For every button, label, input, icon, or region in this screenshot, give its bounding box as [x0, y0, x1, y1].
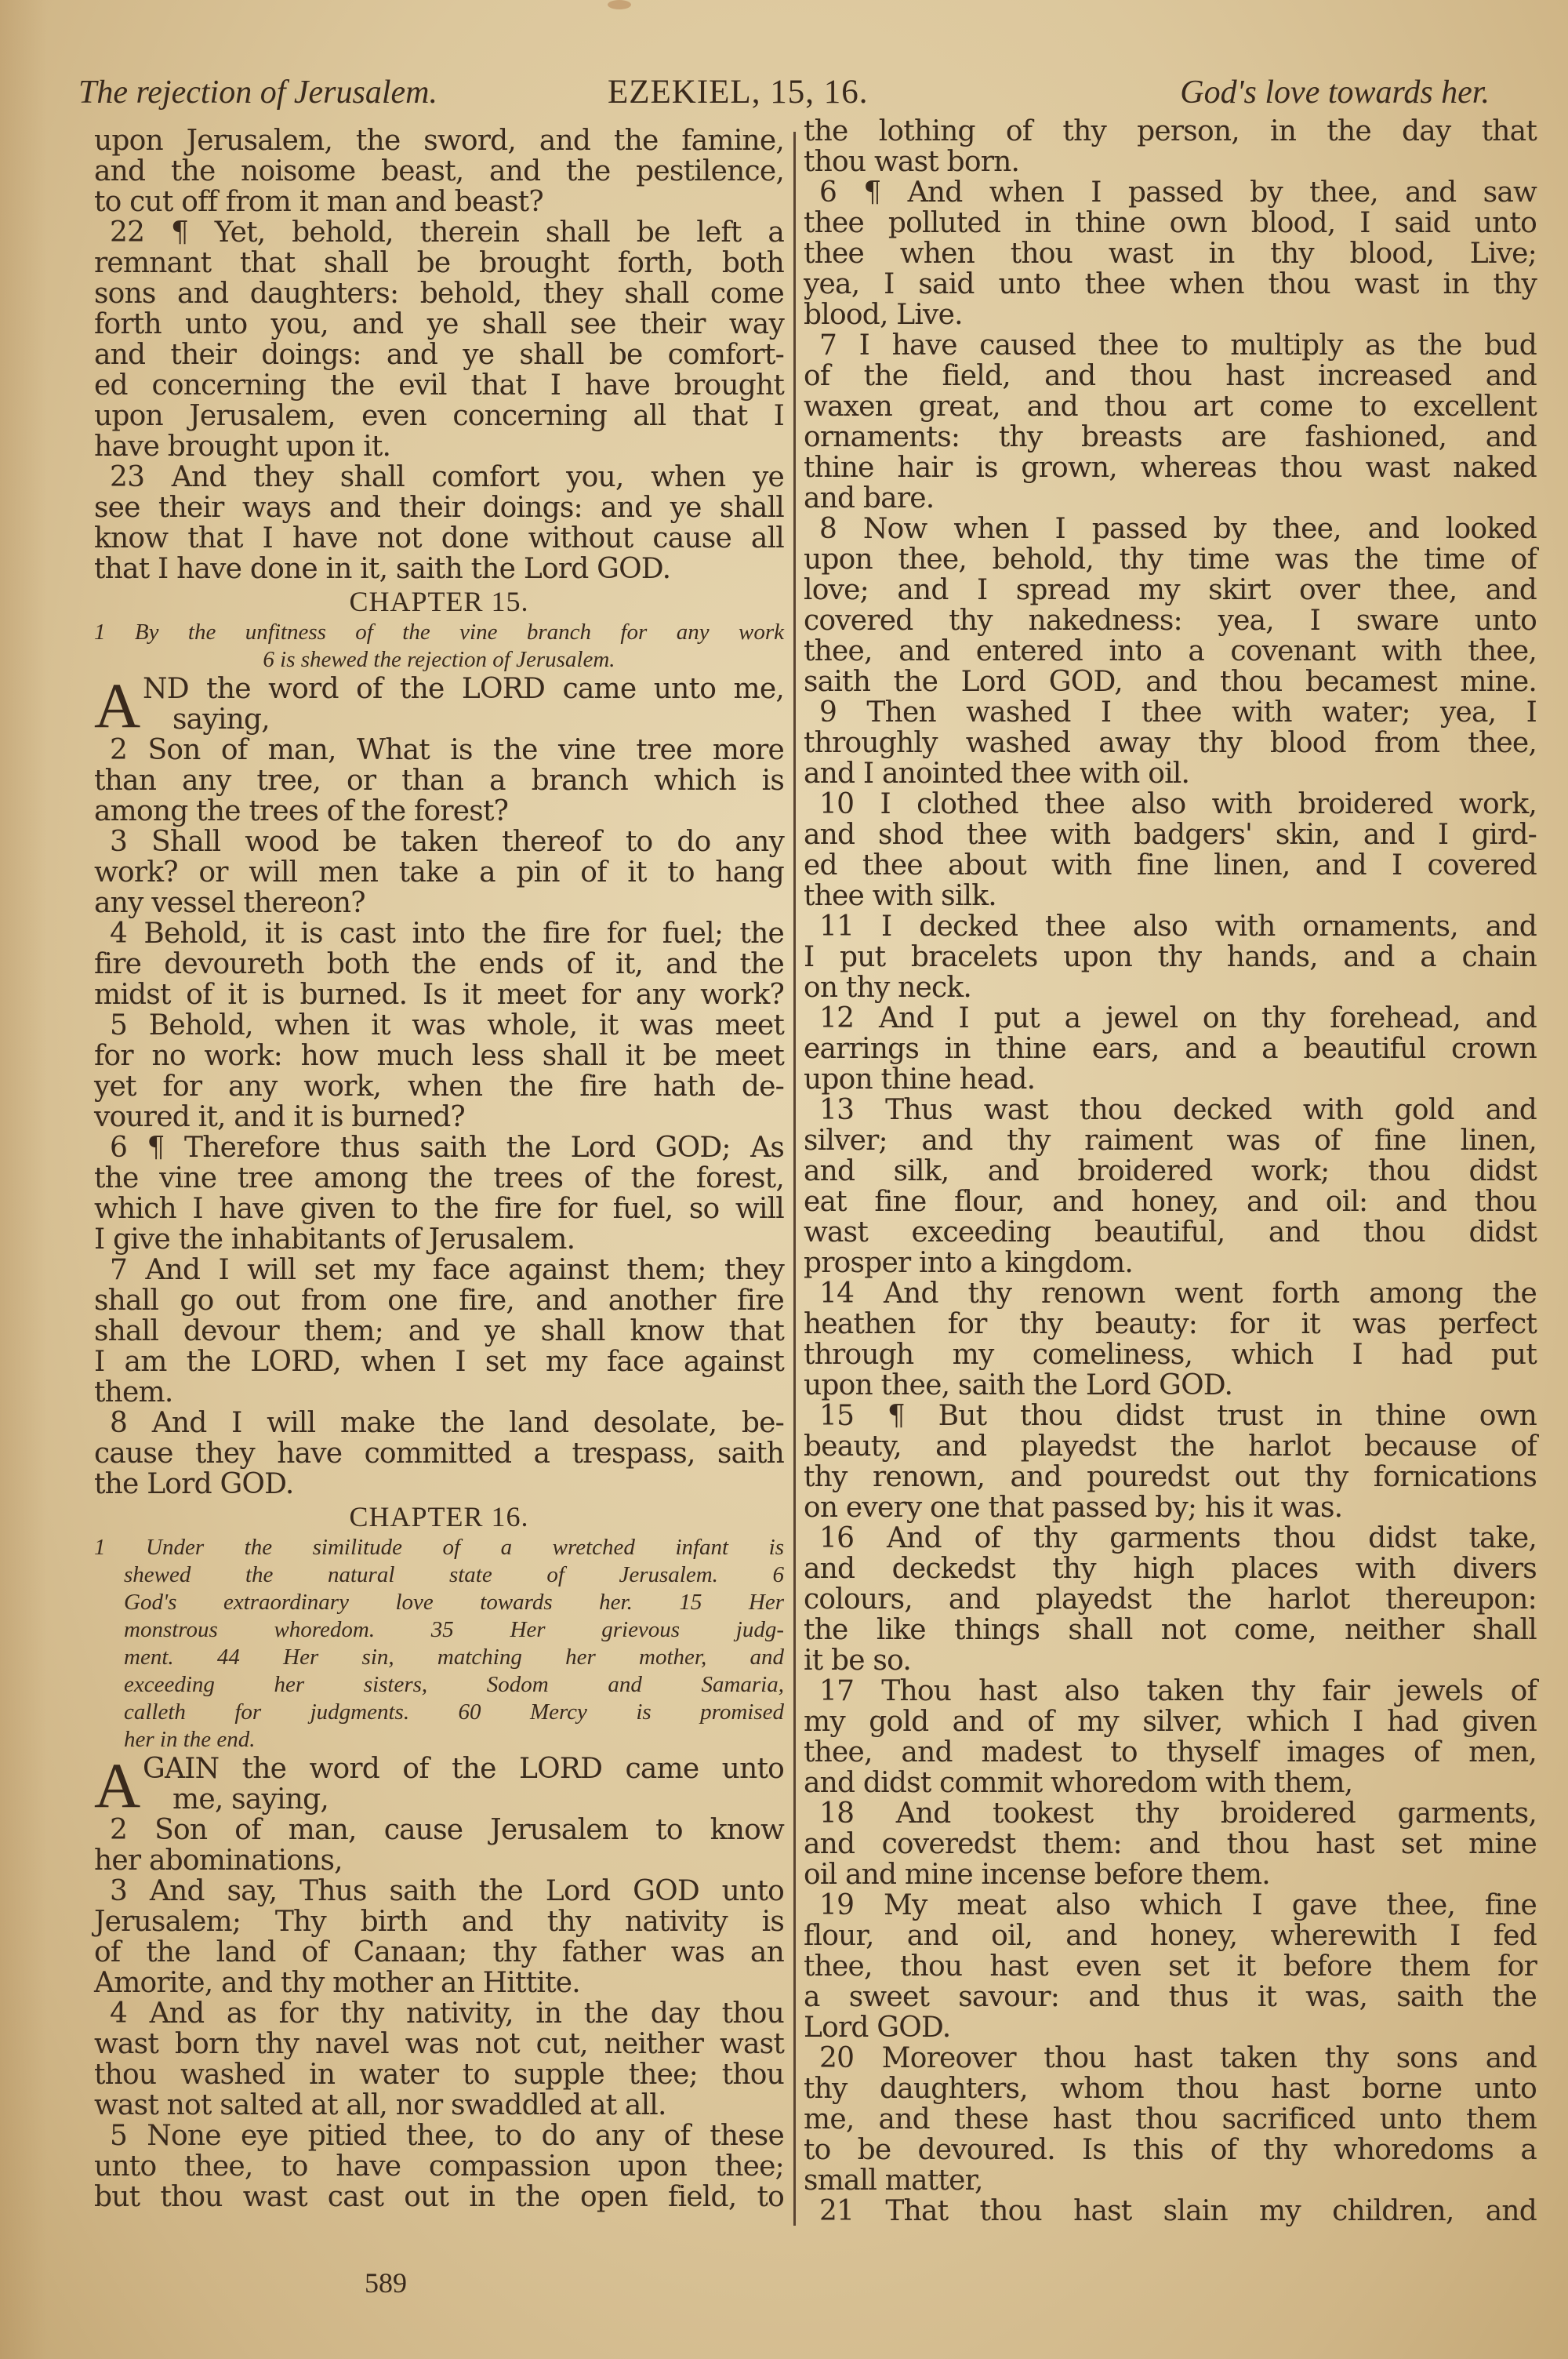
verse-line: upon thee, behold, thy time was the time… — [804, 544, 1537, 575]
verse-line: I put bracelets upon thy hands, and a ch… — [804, 942, 1537, 972]
verse-line: see their ways and their doings: and ye … — [94, 493, 784, 523]
verse-line: beauty, and playedst the harlot because … — [804, 1431, 1537, 1462]
verse-line: colours, and playedst the harlot thereup… — [804, 1584, 1537, 1615]
chapter-summary-line: shewed the natural state of Jerusalem. 6 — [94, 1561, 784, 1589]
bible-page: The rejection of Jerusalem. EZEKIEL, 15,… — [0, 0, 1568, 2359]
verse-line: 3 And say, Thus saith the Lord GOD unto — [94, 1876, 784, 1906]
verse-line: the Lord GOD. — [94, 1469, 784, 1499]
verse-line: ornaments: thy breasts are fashioned, an… — [804, 422, 1537, 453]
verse-line: 18 And tookest thy broidered garments, — [804, 1798, 1537, 1829]
verse-line: and I anointed thee with oil. — [804, 758, 1537, 789]
verse-line: thee, and entered into a covenant with t… — [804, 636, 1537, 667]
verse-line: thou washed in water to supple thee; tho… — [94, 2059, 784, 2090]
verse-line: and shod thee with badgers' skin, and I … — [804, 820, 1537, 850]
verse-line: silver; and thy raiment was of fine line… — [804, 1125, 1537, 1156]
verse-line: upon Jerusalem, the sword, and the famin… — [94, 125, 784, 156]
running-head-right: God's love towards her. — [1180, 69, 1490, 116]
verse-line: 10 I clothed thee also with broidered wo… — [804, 789, 1537, 820]
chapter-summary-line: 1 Under the similitude of a wretched inf… — [94, 1534, 784, 1561]
verse-line: the like things shall not come, neither … — [804, 1615, 1537, 1645]
verse-line: 4 And as for thy nativity, in the day th… — [94, 1998, 784, 2029]
verse-line: through my comeliness, which I had put — [804, 1339, 1537, 1370]
verse-line: thou wast born. — [804, 147, 1537, 177]
verse-line: 15 ¶ But thou didst trust in thine own — [804, 1401, 1537, 1431]
verse-line: the lothing of thy person, in the day th… — [804, 116, 1537, 147]
verse-line: her abominations, — [94, 1845, 784, 1876]
verse-line: thee, and madest to thyself images of me… — [804, 1737, 1537, 1768]
verse-line: 17 Thou hast also taken thy fair jewels … — [804, 1676, 1537, 1707]
verse-line: 5 Behold, when it was whole, it was meet — [94, 1010, 784, 1041]
verse-line: 3 Shall wood be taken thereof to do any — [94, 827, 784, 857]
verse-line: voured it, and it is burned? — [94, 1102, 784, 1132]
verse-line: the vine tree among the trees of the for… — [94, 1163, 784, 1194]
verse-line: 12 And I put a jewel on thy forehead, an… — [804, 1003, 1537, 1034]
verse-line: know that I have not done without cause … — [94, 523, 784, 554]
running-head-book-chapter: EZEKIEL, 15, 16. — [608, 69, 868, 116]
verse-line: on thy neck. — [804, 972, 1537, 1003]
verse-line: 16 And of thy garments thou didst take, — [804, 1523, 1537, 1554]
right-column: the lothing of thy person, in the day th… — [804, 116, 1537, 2226]
chapter-summary-line: calleth for judgments. 60 Mercy is promi… — [94, 1699, 784, 1726]
drop-cap: A — [94, 1754, 140, 1818]
verse-line: ed thee about with fine linen, and I cov… — [804, 850, 1537, 881]
verse-line: 4 Behold, it is cast into the fire for f… — [94, 918, 784, 949]
verse-line: unto thee, to have compassion upon thee; — [94, 2151, 784, 2182]
verse-line: oil and mine incense before them. — [804, 1859, 1537, 1890]
chapter-summary-line: 1 By the unfitness of the vine branch fo… — [94, 619, 784, 646]
verse-line: small matter, — [804, 2165, 1537, 2196]
verse-line: Jerusalem; Thy birth and thy nativity is — [94, 1906, 784, 1937]
verse-line: of the land of Canaan; thy father was an — [94, 1937, 784, 1968]
verse-line: among the trees of the forest? — [94, 796, 784, 827]
column-divider — [793, 132, 796, 2226]
chapter-heading: CHAPTER 16. — [94, 1499, 784, 1534]
verse-line: 7 I have caused thee to multiply as the … — [804, 330, 1537, 361]
verse-line: and didst commit whoredom with them, — [804, 1768, 1537, 1798]
verse-line: and their doings: and ye shall be comfor… — [94, 340, 784, 370]
verse-line: remnant that shall be brought forth, bot… — [94, 248, 784, 278]
chapter-summary-line: God's extraordinary love towards her. 15… — [94, 1589, 784, 1616]
verse-line: wast exceeding beautiful, and thou didst — [804, 1217, 1537, 1248]
verse-line: to be devoured. Is this of thy whoredoms… — [804, 2135, 1537, 2165]
verse-line: yet for any work, when the fire hath de- — [94, 1071, 784, 1102]
verse-line: thee, thou hast even set it before them … — [804, 1951, 1537, 1982]
verse-line: throughly washed away thy blood from the… — [804, 728, 1537, 758]
verse-line: for no work: how much less shall it be m… — [94, 1041, 784, 1071]
verse-line: thee polluted in thine own blood, I said… — [804, 208, 1537, 238]
chapter-opening: AND the word of the LORD came unto me,sa… — [94, 674, 784, 735]
verse-line: and silk, and broidered work; thou didst — [804, 1156, 1537, 1187]
verse-line: 2 Son of man, cause Jerusalem to know — [94, 1815, 784, 1845]
verse-line: upon thine head. — [804, 1064, 1537, 1095]
verse-line: 11 I decked thee also with ornaments, an… — [804, 911, 1537, 942]
running-head: The rejection of Jerusalem. EZEKIEL, 15,… — [78, 69, 1490, 116]
verse-line: 8 And I will make the land desolate, be- — [94, 1408, 784, 1438]
verse-line: thee when thou wast in thy blood, Live; — [804, 238, 1537, 269]
verse-line: me, saying, — [94, 1784, 784, 1815]
verse-line: upon Jerusalem, even concerning all that… — [94, 401, 784, 431]
page-edge-shadow — [0, 0, 47, 2359]
verse-line: love; and I spread my skirt over thee, a… — [804, 575, 1537, 605]
verse-line: flour, and oil, and honey, wherewith I f… — [804, 1921, 1537, 1951]
verse-line: earrings in thine ears, and a beautiful … — [804, 1034, 1537, 1064]
verse-line: 7 And I will set my face against them; t… — [94, 1255, 784, 1285]
verse-line: GAIN the word of the LORD came unto — [94, 1754, 784, 1784]
verse-line: 13 Thus wast thou decked with gold and — [804, 1095, 1537, 1125]
verse-line: saying, — [94, 704, 784, 735]
chapter-summary-line: ment. 44 Her sin, matching her mother, a… — [94, 1644, 784, 1671]
verse-line: which I have given to the fire for fuel,… — [94, 1194, 784, 1224]
verse-line: thy renown, and pouredst out thy fornica… — [804, 1462, 1537, 1492]
verse-line: of the field, and thou hast increased an… — [804, 361, 1537, 391]
drop-cap: A — [94, 674, 140, 738]
chapter-summary-line: exceeding her sisters, Sodom and Samaria… — [94, 1671, 784, 1699]
chapter-summary-line: her in the end. — [94, 1726, 784, 1754]
verse-line: 23 And they shall comfort you, when ye — [94, 462, 784, 493]
verse-line: Lord GOD. — [804, 2012, 1537, 2043]
verse-line: wast not salted at all, nor swaddled at … — [94, 2090, 784, 2121]
verse-line: and deckedst thy high places with divers — [804, 1554, 1537, 1584]
verse-line: saith the Lord GOD, and thou becamest mi… — [804, 667, 1537, 697]
verse-line: and bare. — [804, 483, 1537, 514]
verse-line: that I have done in it, saith the Lord G… — [94, 554, 784, 584]
verse-line: 14 And thy renown went forth among the — [804, 1278, 1537, 1309]
verse-line: 2 Son of man, What is the vine tree more — [94, 735, 784, 765]
verse-line: ed concerning the evil that I have broug… — [94, 370, 784, 401]
verse-line: 22 ¶ Yet, behold, therein shall be left … — [94, 217, 784, 248]
verse-line: Amorite, and thy mother an Hittite. — [94, 1968, 784, 1998]
verse-line: it be so. — [804, 1645, 1537, 1676]
verse-line: yea, I said unto thee when thou wast in … — [804, 269, 1537, 300]
verse-line: than any tree, or than a branch which is — [94, 765, 784, 796]
verse-line: forth unto you, and ye shall see their w… — [94, 309, 784, 340]
chapter-summary-line: 6 is shewed the rejection of Jerusalem. — [94, 646, 784, 674]
verse-line: thine hair is grown, whereas thou wast n… — [804, 453, 1537, 483]
chapter-heading: CHAPTER 15. — [94, 584, 784, 619]
verse-line: my gold and of my silver, which I had gi… — [804, 1707, 1537, 1737]
verse-line: thee with silk. — [804, 881, 1537, 911]
verse-line: wast born thy navel was not cut, neither… — [94, 2029, 784, 2059]
chapter-summary-line: monstrous whoredom. 35 Her grievous judg… — [94, 1616, 784, 1644]
verse-line: any vessel thereon? — [94, 888, 784, 918]
verse-line: 6 ¶ Therefore thus saith the Lord GOD; A… — [94, 1132, 784, 1163]
verse-line: them. — [94, 1377, 784, 1408]
verse-line: blood, Live. — [804, 300, 1537, 330]
verse-line: ND the word of the LORD came unto me, — [94, 674, 784, 704]
verse-line: 21 That thou hast slain my children, and — [804, 2196, 1537, 2226]
chapter-opening: AGAIN the word of the LORD came untome, … — [94, 1754, 784, 1815]
verse-line: covered thy nakedness: yea, I sware unto — [804, 605, 1537, 636]
verse-line: upon thee, saith the Lord GOD. — [804, 1370, 1537, 1401]
verse-line: fire devoureth both the ends of it, and … — [94, 949, 784, 980]
verse-line: midst of it is burned. Is it meet for an… — [94, 980, 784, 1010]
verse-line: and coveredst them: and thou hast set mi… — [804, 1829, 1537, 1859]
verse-line: 19 My meat also which I gave thee, fine — [804, 1890, 1537, 1921]
verse-line: work? or will men take a pin of it to ha… — [94, 857, 784, 888]
verse-line: thy daughters, whom thou hast borne unto — [804, 2074, 1537, 2104]
verse-line: but thou wast cast out in the open field… — [94, 2182, 784, 2212]
verse-line: 9 Then washed I thee with water; yea, I — [804, 697, 1537, 728]
paper-stain — [608, 0, 631, 9]
verse-line: 5 None eye pitied thee, to do any of the… — [94, 2121, 784, 2151]
verse-line: I give the inhabitants of Jerusalem. — [94, 1224, 784, 1255]
verse-line: 20 Moreover thou hast taken thy sons and — [804, 2043, 1537, 2074]
verse-line: sons and daughters: behold, they shall c… — [94, 278, 784, 309]
verse-line: shall go out from one fire, and another … — [94, 1285, 784, 1316]
verse-line: a sweet savour: and thus it was, saith t… — [804, 1982, 1537, 2012]
verse-line: 8 Now when I passed by thee, and looked — [804, 514, 1537, 544]
verse-line: eat fine flour, and honey, and oil: and … — [804, 1187, 1537, 1217]
verse-line: I am the LORD, when I set my face agains… — [94, 1347, 784, 1377]
verse-line: waxen great, and thou art come to excell… — [804, 391, 1537, 422]
page-number: 589 — [365, 2266, 407, 2299]
verse-line: shall devour them; and ye shall know tha… — [94, 1316, 784, 1347]
verse-line: prosper into a kingdom. — [804, 1248, 1537, 1278]
left-column: upon Jerusalem, the sword, and the famin… — [94, 125, 784, 2212]
verse-line: cause they have committed a trespass, sa… — [94, 1438, 784, 1469]
verse-line: on every one that passed by; his it was. — [804, 1492, 1537, 1523]
running-head-left: The rejection of Jerusalem. — [78, 69, 437, 116]
verse-line: to cut off from it man and beast? — [94, 187, 784, 217]
verse-line: heathen for thy beauty: for it was perfe… — [804, 1309, 1537, 1339]
verse-line: me, and these hast thou sacrificed unto … — [804, 2104, 1537, 2135]
verse-line: have brought upon it. — [94, 431, 784, 462]
verse-line: 6 ¶ And when I passed by thee, and saw — [804, 177, 1537, 208]
verse-line: and the noisome beast, and the pestilenc… — [94, 156, 784, 187]
